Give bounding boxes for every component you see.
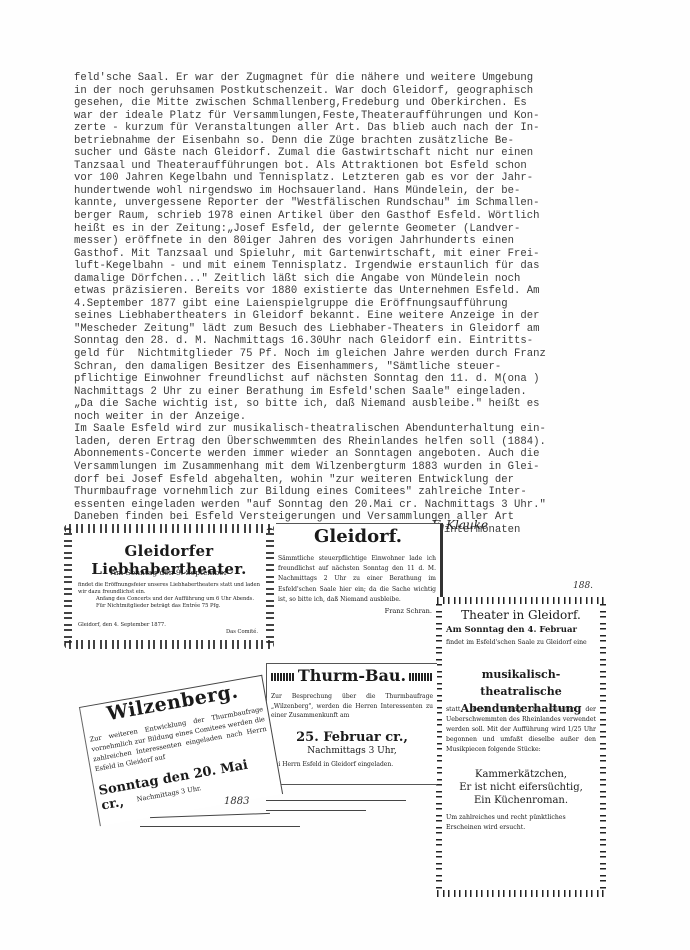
chain-border-bottom (64, 640, 274, 649)
text-line: 4.September 1877 gibt eine Laienspielgru… (74, 298, 634, 311)
text-line: vor 100 Jahren Kegelbahn und Tennisplatz… (74, 172, 634, 185)
text-line: Daneben finden bei Esfeld Versteigerunge… (74, 511, 634, 524)
clipping-body-line: Für Nichtmitglieder beträgt das Entrée 7… (78, 603, 260, 610)
clipping-gleidorf: Gleidorf. Sämmtliche steuerpflichtige Ei… (276, 523, 443, 620)
text-line: luft-Kegelbahn - und mit einem Tennispla… (74, 260, 634, 273)
play-title: Kammerkätzchen, (446, 768, 596, 781)
text-line: Abonnements-Concerte werden immer wieder… (74, 448, 634, 461)
text-line: messer) eröffnete in den 80iger Jahren d… (74, 235, 634, 248)
text-line: Im Saale Esfeld wird zur musikalisch-the… (74, 423, 634, 436)
text-line: „Da die Sache wichtig ist, so bitte ich,… (74, 398, 634, 411)
text-line: Sonntag den 28. d. M. Nachmittags 16.30U… (74, 335, 634, 348)
clipping-intro: findet im Esfeld'schen Saale zu Gleidorf… (446, 638, 596, 648)
text-line: heißt es in der Zeitung:„Josef Esfeld, d… (74, 223, 634, 236)
text-line: Schran, den damaligen Besitzer des Eisen… (74, 361, 634, 374)
clipping-body: Zur Besprechung über die Thurmbaufrage „… (271, 692, 433, 721)
clipping-body-text: findet die Eröffnungsfeier unseres Liebh… (78, 582, 260, 596)
clipping-place: Gleidorf, den 4. September 1877. (78, 622, 166, 628)
clipping-signature: Franz Schran. (385, 607, 432, 615)
page-note: 188. (573, 581, 593, 591)
typewritten-text: feld'sche Saal. Er war der Zugmagnet für… (74, 72, 634, 549)
text-line: noch weiter in der Anzeige. (74, 411, 634, 424)
clipping-title-text: Thurm-Bau. (298, 666, 406, 685)
clipping-body: findet die Eröffnungsfeier unseres Liebh… (78, 582, 260, 610)
clipping-thurmbau: Thurm-Bau. Zur Besprechung über die Thur… (266, 663, 437, 785)
text-line: berger Raum, schrieb 1978 einen Artikel … (74, 210, 634, 223)
clipping-body: Sämmtliche steuerpflichtige Einwohner la… (278, 554, 436, 605)
clipping-time: Nachmittags 3 Uhr, (267, 746, 437, 756)
scan-line (140, 826, 300, 827)
text-line: gesehen, die Mitte zwischen Schmallenber… (74, 97, 634, 110)
text-line: pflichtige Einwohner freundlichst auf nä… (74, 373, 634, 386)
clipping-body-line: Anfang des Concerts und der Aufführung u… (78, 596, 260, 603)
text-line: betriebnahme der Eisenbahn so. Denn die … (74, 135, 634, 148)
text-line: damalige Dörfchen..." Zeitlich läßt sich… (74, 273, 634, 286)
text-line: Versammlungen im Zusammenhang mit dem Wi… (74, 461, 634, 474)
chain-border-left (64, 528, 72, 645)
text-line: feld'sche Saal. Er war der Zugmagnet für… (74, 72, 634, 85)
text-line: laden, deren Ertrag den Überschwemmten d… (74, 436, 634, 449)
clipping-body: statt, deren Ertrag zu Gunsten der Ueber… (446, 705, 596, 755)
text-line: Thurmbaufrage vornehmlich zur Bildung ei… (74, 486, 634, 499)
text-line: Gasthof. Mit Tanzsaal und Spieluhr, mit … (74, 248, 634, 261)
clipping-plays: Kammerkätzchen, Er ist nicht eifersüchti… (446, 768, 596, 807)
text-line: hundertwende wohl nirgendswo im Hochsaue… (74, 185, 634, 198)
chain-border-right (266, 528, 274, 645)
clipping-date: Am Sonntag den 9. September (80, 568, 258, 577)
clipping-title: Theater in Gleidorf. (446, 608, 596, 622)
text-line: essenten eingeladen werden "auf Sonntag … (74, 499, 634, 512)
text-line: war der ideale Platz für Versammlungen,F… (74, 110, 634, 123)
play-title: Er ist nicht eifersüchtig, (446, 781, 596, 794)
ring-border-bottom (436, 890, 606, 897)
clipping-title: Gleidorf. (276, 526, 440, 547)
clipping-theater: Theater in Gleidorf. Am Sonntag den 4. F… (436, 597, 606, 897)
clipping-closing: Um zahlreiches und recht pünktliches Ers… (446, 813, 596, 833)
text-line: "Mescheder Zeitung" lädt zum Besuch des … (74, 323, 634, 336)
chain-border-top (64, 524, 274, 533)
ornament-icon (409, 673, 433, 681)
clipping-liebhabertheater: Gleidorfer Liebhabertheater. Am Sonntag … (64, 524, 274, 649)
document-page: feld'sche Saal. Er war der Zugmagnet für… (0, 0, 690, 950)
clipping-wilzenberg: Wilzenberg. Zur weiteren Entwicklung der… (79, 675, 283, 826)
clipping-signature: Das Comité. (226, 629, 258, 635)
text-line: Nachmittags 2 Uhr zu einer Berathung im … (74, 386, 634, 399)
year-note: 1883 (224, 796, 249, 807)
text-line: zerte - kurzum für Veranstaltungen aller… (74, 122, 634, 135)
clipping-title: Thurm-Bau. (267, 666, 437, 685)
play-title: Ein Küchenroman. (446, 794, 596, 807)
clipping-date: 25. Februar cr., (267, 730, 437, 745)
ornament-icon (271, 673, 295, 681)
text-line: kannte, unvergessene Reporter der "Westf… (74, 197, 634, 210)
clipping-footer: bei Herrn Esfeld in Gleidorf eingeladen. (271, 760, 433, 770)
headline-line: musikalisch-theatralische (446, 666, 596, 700)
scan-line (266, 800, 406, 801)
text-line: dorf bei Josef Esfeld abgehalten, wohin … (74, 474, 634, 487)
ring-border-top (436, 597, 606, 604)
text-line: etwas präzisieren. Bereits vor 1880 exis… (74, 285, 634, 298)
ring-border-right (600, 603, 606, 891)
text-line: Tanzsaal und Theateraufführungen bot. Al… (74, 160, 634, 173)
clipping-date: Am Sonntag den 4. Februar (446, 625, 596, 635)
text-line: geld für Nichtmitglieder 75 Pf. Noch im … (74, 348, 634, 361)
text-line: sucher und Gäste nach Gleidorf. Zumal di… (74, 147, 634, 160)
scan-line (266, 810, 366, 811)
text-line: seines Liebhabertheaters in Gleidorf bek… (74, 310, 634, 323)
text-line: in der noch geruhsamen Postkutschenzeit.… (74, 85, 634, 98)
